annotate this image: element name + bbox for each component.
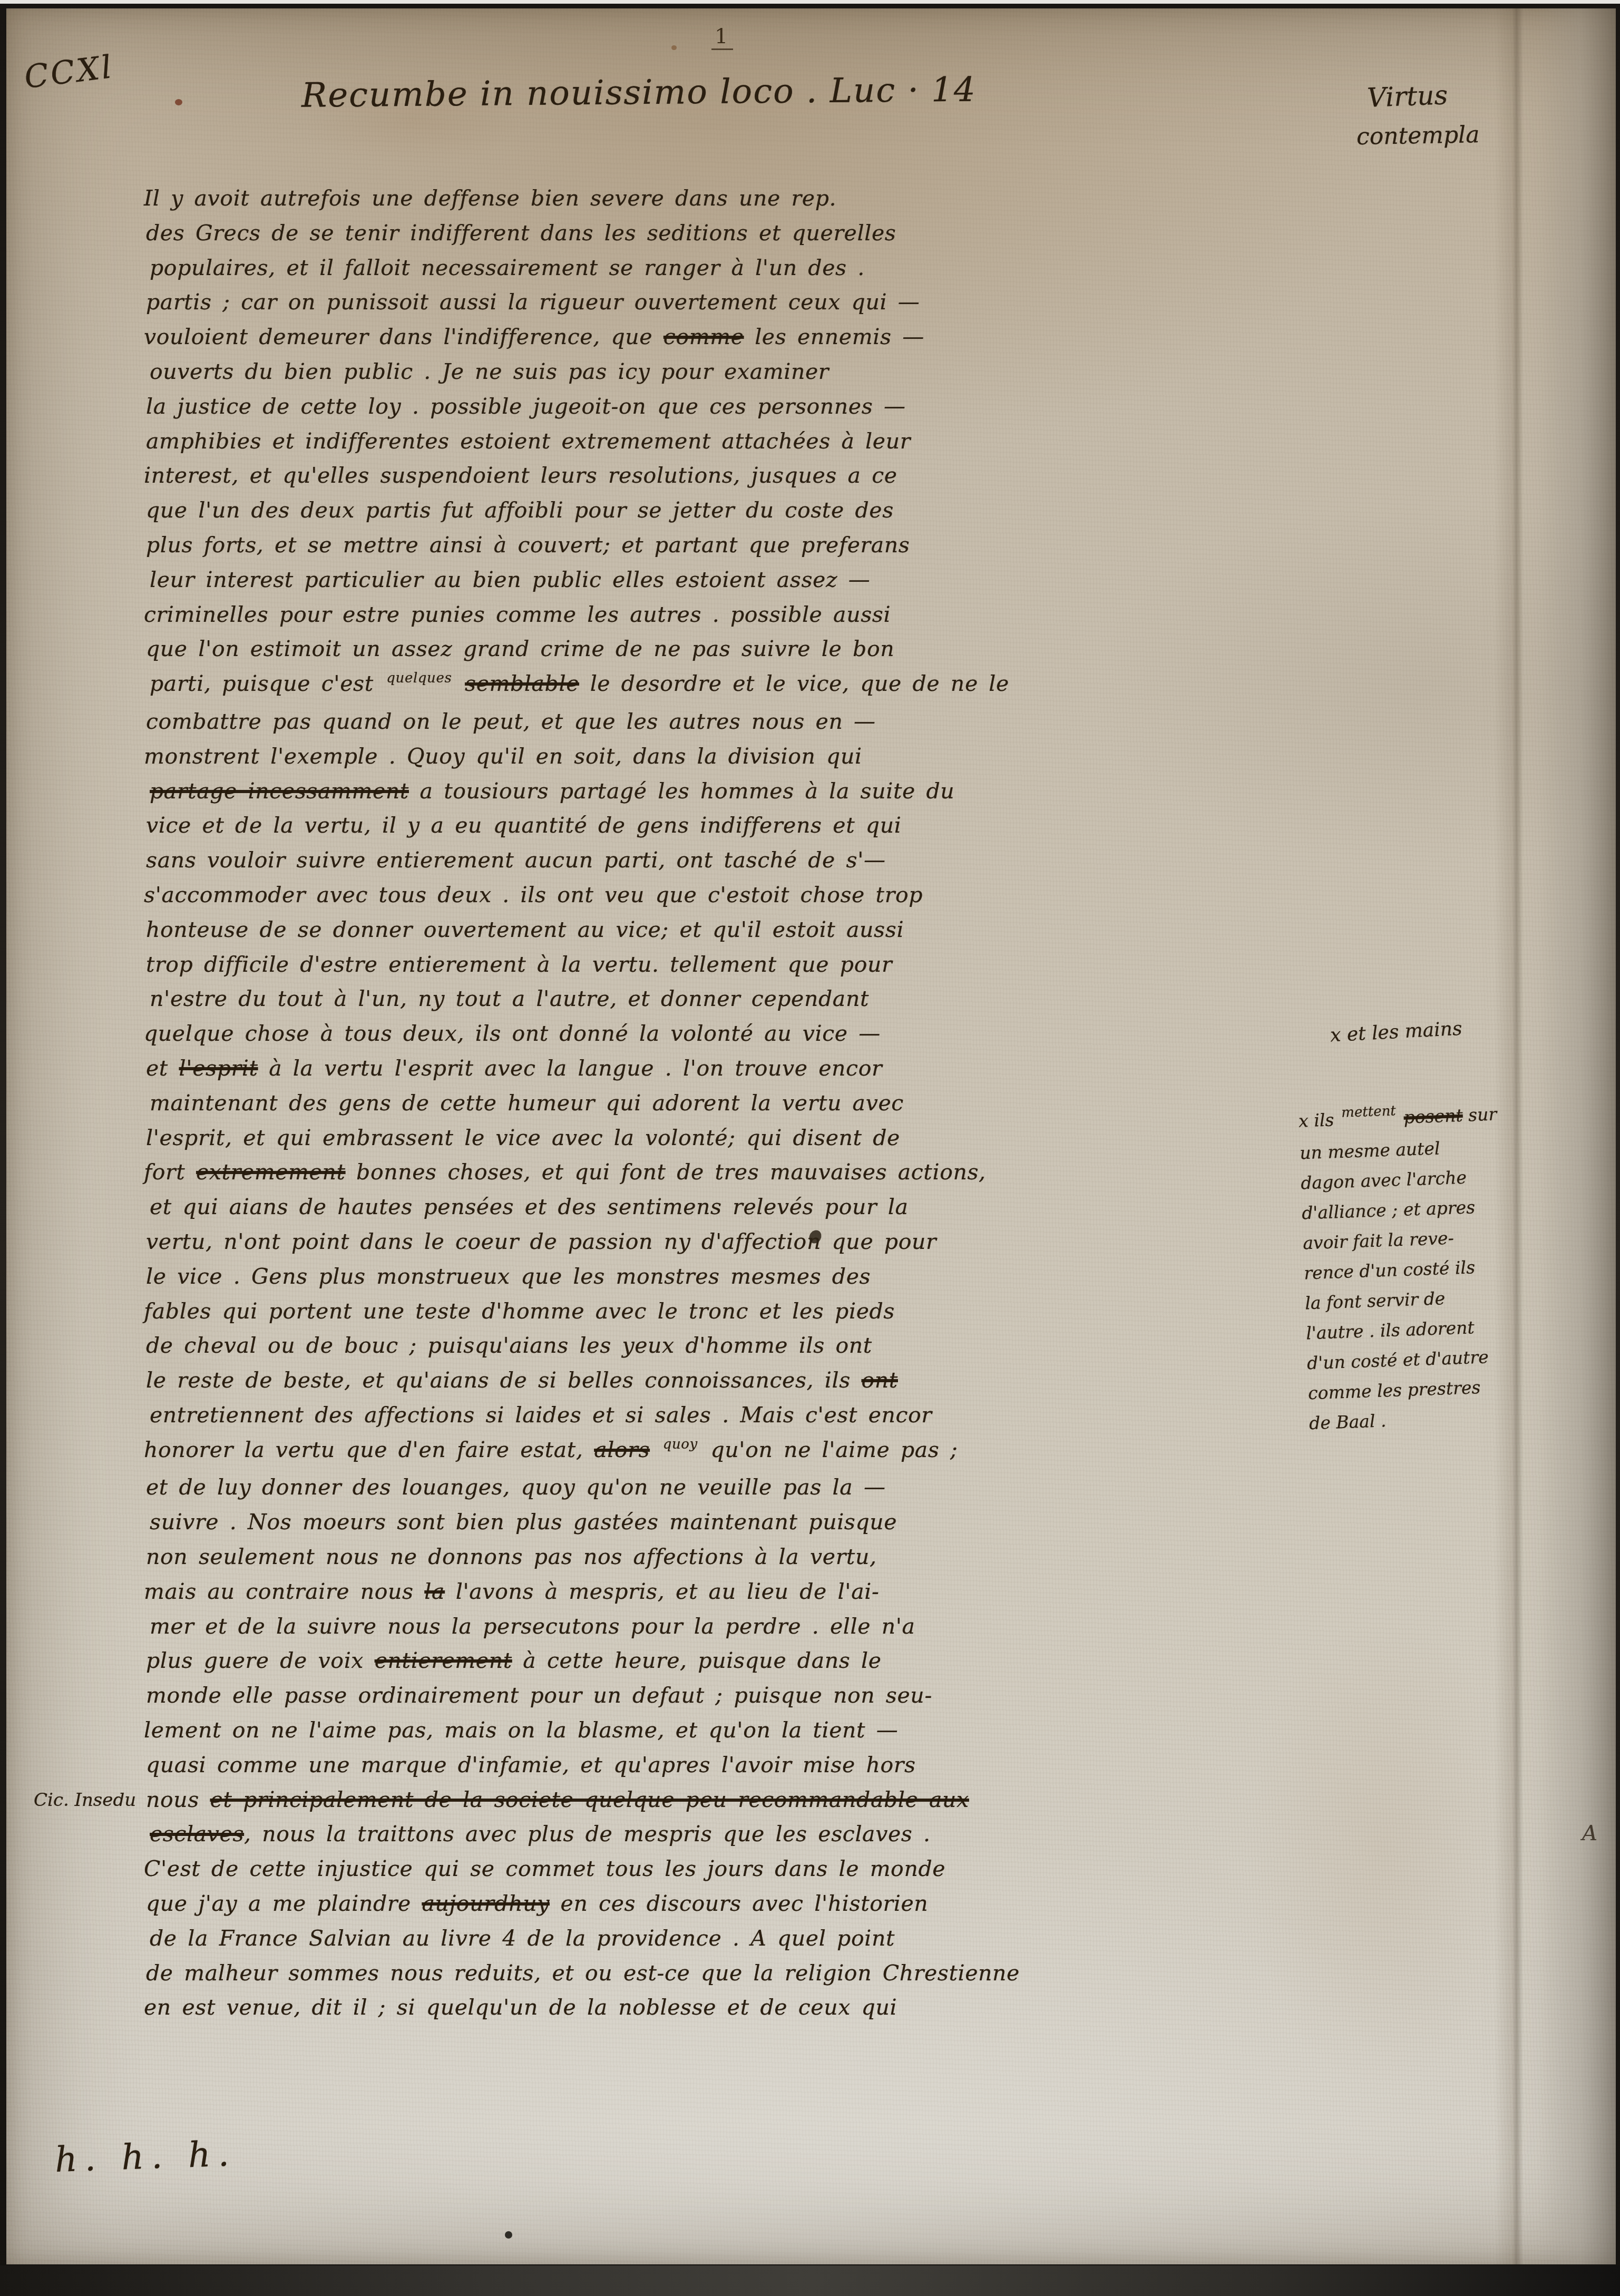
manuscript-page: CCXl 1 Recumbe in nouissimo loco . Luc ·… <box>6 8 1616 2264</box>
manuscript-line: non seulement nous ne donnons pas nos af… <box>146 1540 1374 1575</box>
header-margin-note-line2: contempla <box>1356 121 1480 150</box>
manuscript-line: de malheur sommes nous reduits, et ou es… <box>146 1956 1374 1991</box>
manuscript-line: quasi comme une marque d'infamie, et qu'… <box>146 1748 1374 1783</box>
manuscript-line: ouverts du bien public . Je ne suis pas … <box>150 355 1378 389</box>
manuscript-line: le reste de beste, et qu'aians de si bel… <box>146 1363 1374 1398</box>
manuscript-line: et l'esprit à la vertu l'esprit avec la … <box>146 1051 1374 1086</box>
folio-mark: CCXl <box>22 48 115 96</box>
manuscript-line: trop difficile d'estre entierement à la … <box>146 947 1374 982</box>
manuscript-line: leur interest particulier au bien public… <box>150 563 1378 598</box>
manuscript-line: partis ; car on punissoit aussi la rigue… <box>146 285 1374 320</box>
ink-speck <box>671 45 677 50</box>
page-number: 1 <box>711 24 733 50</box>
manuscript-line: C'est de cette injustice qui se commet t… <box>144 1852 1372 1887</box>
manuscript-line: honorer la vertu que d'en faire estat, a… <box>144 1433 1372 1471</box>
scan-edge-top <box>0 0 1620 4</box>
manuscript-line: lement on ne l'aime pas, mais on la blas… <box>144 1713 1372 1748</box>
manuscript-line: interest, et qu'elles suspendoient leurs… <box>144 458 1372 493</box>
manuscript-line: vice et de la vertu, il y a eu quantité … <box>146 808 1374 843</box>
manuscript-line: combattre pas quand on le peut, et que l… <box>146 705 1374 739</box>
manuscript-line: et qui aians de hautes pensées et des se… <box>150 1190 1378 1225</box>
manuscript-line: partage incessamment a tousiours partagé… <box>150 774 1378 809</box>
manuscript-line: que l'un des deux partis fut affoibli po… <box>146 493 1374 528</box>
bottom-h-marks: h. h. h. <box>54 2133 237 2180</box>
manuscript-body: Il y avoit autrefois une deffense bien s… <box>146 181 1374 2025</box>
manuscript-line: plus forts, et se mettre ainsi à couvert… <box>146 528 1374 563</box>
manuscript-line: esclaves, nous la traittons avec plus de… <box>150 1817 1378 1852</box>
manuscript-line: maintenant des gens de cette humeur qui … <box>150 1086 1378 1121</box>
manuscript-line: suivre . Nos moeurs sont bien plus gasté… <box>150 1505 1378 1540</box>
manuscript-line: entretiennent des affections si laides e… <box>150 1398 1378 1433</box>
manuscript-line: quelque chose à tous deux, ils ont donné… <box>144 1017 1372 1051</box>
photo-background-band <box>0 2265 1620 2296</box>
ink-speck <box>175 99 182 105</box>
manuscript-line: sans vouloir suivre entierement aucun pa… <box>146 843 1374 878</box>
manuscript-line: mer et de la suivre nous la persecutons … <box>150 1609 1378 1644</box>
manuscript-line: nous et principalement de la societe que… <box>146 1783 1374 1818</box>
manuscript-photo: CCXl 1 Recumbe in nouissimo loco . Luc ·… <box>0 0 1620 2296</box>
manuscript-line: n'estre du tout à l'un, ny tout a l'autr… <box>150 982 1378 1017</box>
left-margin-citation: Cic. Insedu <box>34 1790 136 1811</box>
right-margin-note: x ils mettent posent sur un mesme autel … <box>1298 1095 1620 1439</box>
header-margin-note-line1: Virtus <box>1367 80 1448 113</box>
manuscript-line: de cheval ou de bouc ; puisqu'aians les … <box>146 1328 1374 1363</box>
manuscript-line: de la France Salvian au livre 4 de la pr… <box>150 1921 1378 1956</box>
manuscript-line: que j'ay a me plaindre aujourdhuy en ces… <box>146 1887 1374 1921</box>
manuscript-line: la justice de cette loy . possible jugeo… <box>146 389 1374 424</box>
manuscript-line: vertu, n'ont point dans le coeur de pass… <box>146 1225 1374 1259</box>
manuscript-line: populaires, et il falloit necessairement… <box>150 251 1378 286</box>
manuscript-line: s'accommoder avec tous deux . ils ont ve… <box>144 878 1372 913</box>
manuscript-line: Il y avoit autrefois une deffense bien s… <box>144 181 1372 216</box>
manuscript-line: l'esprit, et qui embrassent le vice avec… <box>146 1121 1374 1156</box>
ink-speck <box>505 2231 512 2239</box>
manuscript-line: fables qui portent une teste d'homme ave… <box>144 1294 1372 1329</box>
manuscript-line: vouloient demeurer dans l'indifference, … <box>144 320 1372 355</box>
manuscript-line: le vice . Gens plus monstrueux que les m… <box>146 1259 1374 1294</box>
manuscript-line: mais au contraire nous la l'avons à mesp… <box>144 1575 1372 1609</box>
manuscript-line: criminelles pour estre punies comme les … <box>144 598 1372 632</box>
manuscript-line: parti, puisque c'est quelques semblable … <box>150 667 1378 705</box>
page-title: Recumbe in nouissimo loco . Luc · 14 <box>301 67 1356 115</box>
manuscript-line: honteuse de se donner ouvertement au vic… <box>146 913 1374 947</box>
manuscript-line: et de luy donner des louanges, quoy qu'o… <box>146 1470 1374 1505</box>
manuscript-line: des Grecs de se tenir indifferent dans l… <box>146 216 1374 251</box>
manuscript-line: amphibies et indifferentes estoient extr… <box>146 424 1374 459</box>
manuscript-line: en est venue, dit il ; si quelqu'un de l… <box>144 1990 1372 2025</box>
margin-letter-a: A <box>1582 1821 1597 1845</box>
manuscript-line: plus guere de voix entierement à cette h… <box>146 1644 1374 1678</box>
manuscript-line: que l'on estimoit un assez grand crime d… <box>146 632 1374 667</box>
manuscript-line: fort extremement bonnes choses, et qui f… <box>144 1155 1372 1190</box>
manuscript-line: monstrent l'exemple . Quoy qu'il en soit… <box>144 739 1372 774</box>
manuscript-line: monde elle passe ordinairement pour un d… <box>146 1678 1374 1713</box>
